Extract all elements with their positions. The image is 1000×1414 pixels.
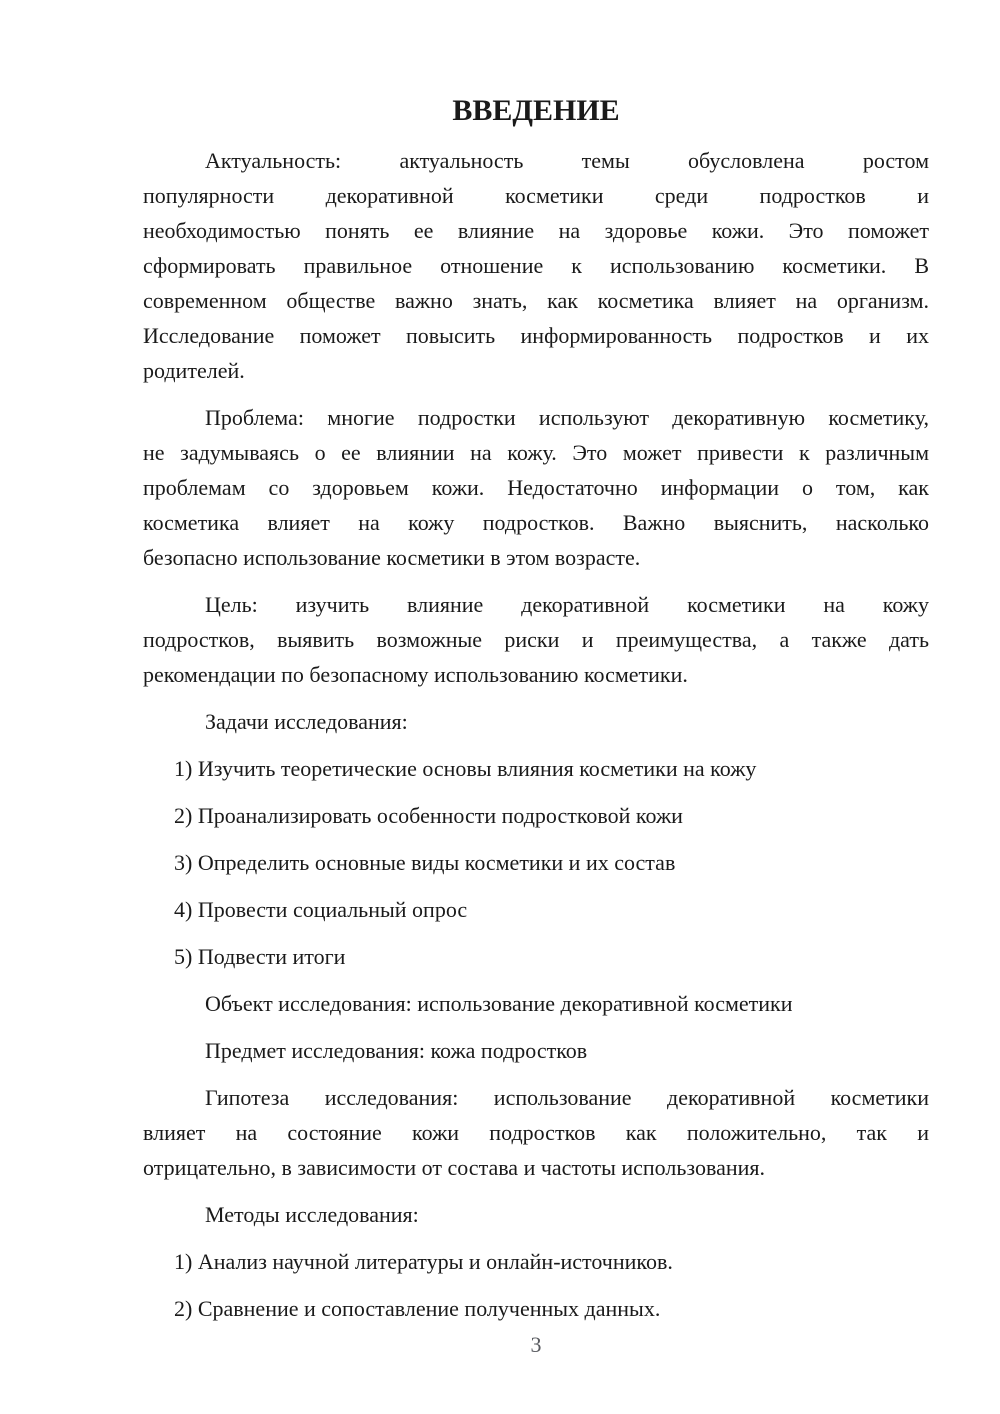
page-number: 3 xyxy=(143,1330,929,1360)
paragraph-actuality: Актуальность: актуальность темы обусловл… xyxy=(143,143,929,388)
text-line: Актуальность: актуальность темы обусловл… xyxy=(143,143,929,178)
research-object-line: Объект исследования: использование декор… xyxy=(143,986,929,1021)
text-line: Исследование поможет повысить информиров… xyxy=(143,318,929,353)
method-item-2: 2) Сравнение и сопоставление полученных … xyxy=(143,1291,929,1326)
text-line: родителей. xyxy=(143,353,929,388)
research-subject-line: Предмет исследования: кожа подростков xyxy=(143,1033,929,1068)
task-item-4: 4) Провести социальный опрос xyxy=(143,892,929,927)
text-line: проблемам со здоровьем кожи. Недостаточн… xyxy=(143,470,929,505)
text-line: современном обществе важно знать, как ко… xyxy=(143,283,929,318)
method-item-1: 1) Анализ научной литературы и онлайн-ис… xyxy=(143,1244,929,1279)
task-item-1: 1) Изучить теоретические основы влияния … xyxy=(143,751,929,786)
paragraph-problem: Проблема: многие подростки используют де… xyxy=(143,400,929,575)
page-title: ВВЕДЕНИЕ xyxy=(143,93,929,129)
task-item-2: 2) Проанализировать особенности подростк… xyxy=(143,798,929,833)
tasks-heading: Задачи исследования: xyxy=(143,704,929,739)
text-line: Гипотеза исследования: использование дек… xyxy=(143,1080,929,1115)
text-line: влияет на состояние кожи подростков как … xyxy=(143,1115,929,1150)
page-content: ВВЕДЕНИЕ Актуальность: актуальность темы… xyxy=(143,93,929,1338)
text-line: необходимостью понять ее влияние на здор… xyxy=(143,213,929,248)
text-line: популярности декоративной косметики сред… xyxy=(143,178,929,213)
task-item-5: 5) Подвести итоги xyxy=(143,939,929,974)
paragraph-hypothesis: Гипотеза исследования: использование дек… xyxy=(143,1080,929,1185)
text-line: подростков, выявить возможные риски и пр… xyxy=(143,622,929,657)
text-line: сформировать правильное отношение к испо… xyxy=(143,248,929,283)
text-line: косметика влияет на кожу подростков. Важ… xyxy=(143,505,929,540)
text-line: безопасно использование косметики в этом… xyxy=(143,540,929,575)
document-page: ВВЕДЕНИЕ Актуальность: актуальность темы… xyxy=(0,0,1000,1414)
text-line: рекомендации по безопасному использовани… xyxy=(143,657,929,692)
methods-heading: Методы исследования: xyxy=(143,1197,929,1232)
text-line: Проблема: многие подростки используют де… xyxy=(143,400,929,435)
paragraph-goal: Цель: изучить влияние декоративной косме… xyxy=(143,587,929,692)
task-item-3: 3) Определить основные виды косметики и … xyxy=(143,845,929,880)
text-line: не задумываясь о ее влиянии на кожу. Это… xyxy=(143,435,929,470)
text-line: отрицательно, в зависимости от состава и… xyxy=(143,1150,929,1185)
text-line: Цель: изучить влияние декоративной косме… xyxy=(143,587,929,622)
